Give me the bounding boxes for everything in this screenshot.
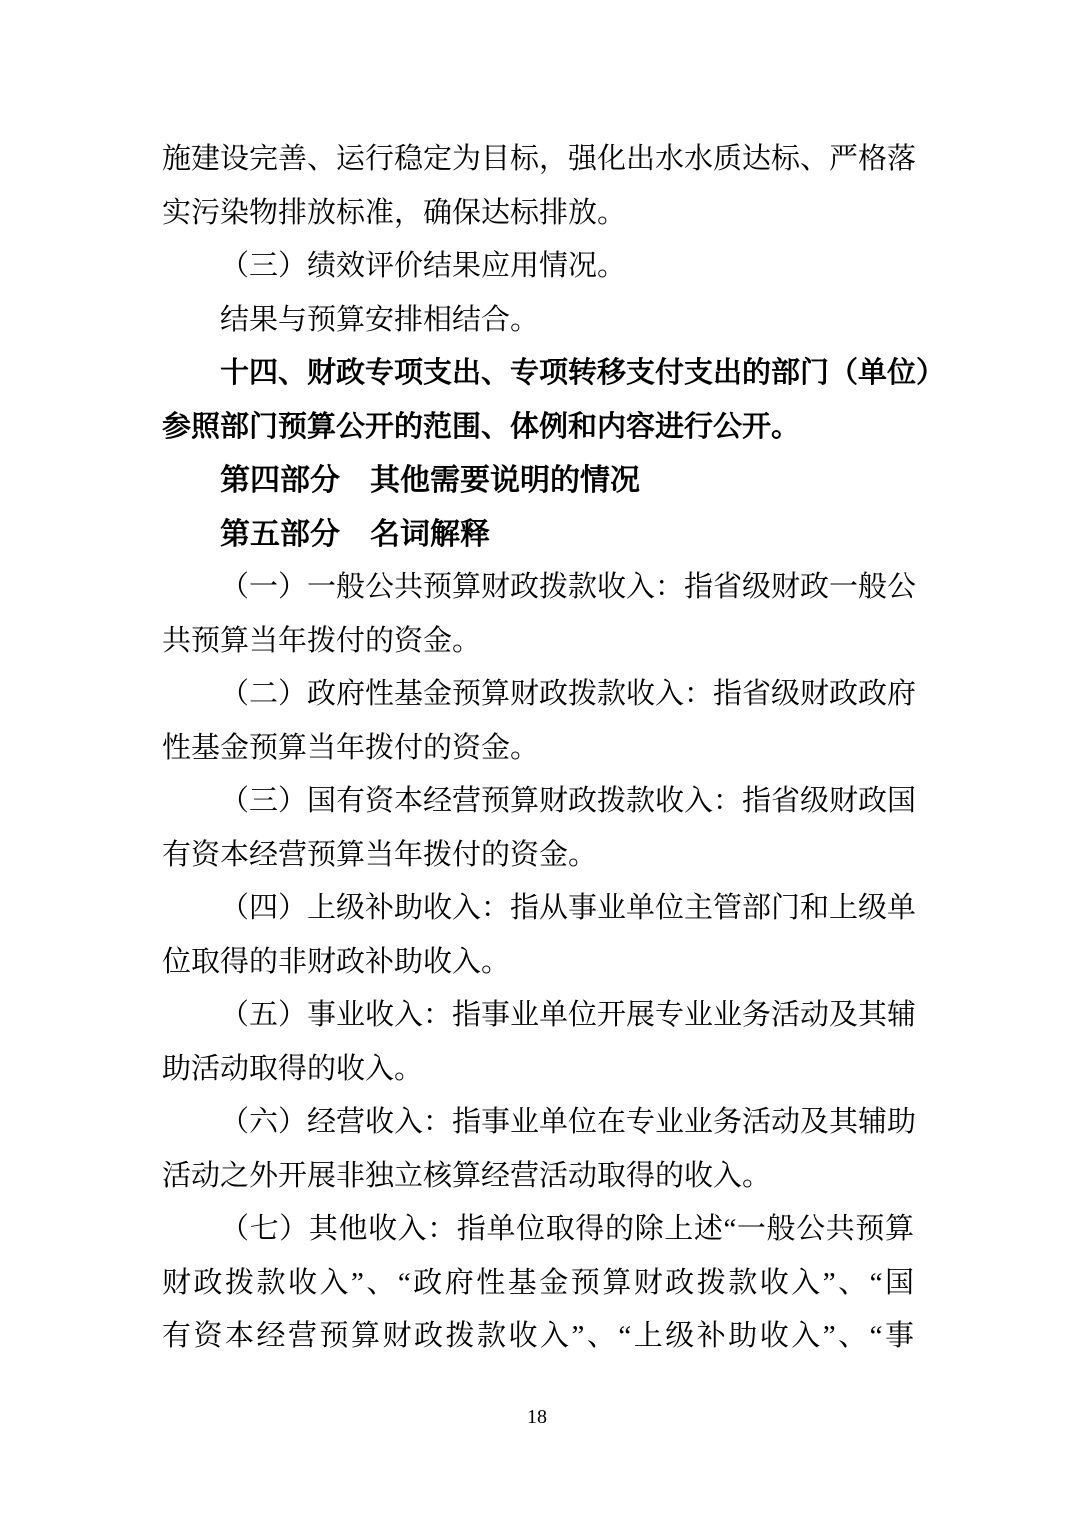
text-line: （七）其他收入：指单位取得的除上述“一般公共预算 (162, 1203, 914, 1257)
text-line: 参照部门预算公开的范围、体例和内容进行公开。 (162, 401, 914, 455)
text-line: （五）事业收入：指事业单位开展专业业务活动及其辅 (162, 989, 914, 1043)
text-line: 有资本经营预算当年拨付的资金。 (162, 829, 914, 883)
text-line: 十四、财政专项支出、专项转移支付支出的部门（单位） (162, 347, 914, 401)
document-page: 施建设完善、运行稳定为目标，强化出水水质达标、严格落实污染物排放标准，确保达标排… (0, 0, 1074, 1520)
text-line: 财政拨款收入”、“政府性基金预算财政拨款收入”、“国 (162, 1257, 914, 1311)
text-line: 有资本经营预算财政拨款收入”、“上级补助收入”、“事 (162, 1310, 914, 1364)
text-line: 结果与预算安排相结合。 (162, 294, 914, 348)
text-line: 施建设完善、运行稳定为目标，强化出水水质达标、严格落 (162, 133, 914, 187)
text-block: 施建设完善、运行稳定为目标，强化出水水质达标、严格落实污染物排放标准，确保达标排… (162, 133, 914, 1364)
text-line: 共预算当年拨付的资金。 (162, 615, 914, 669)
text-line: （二）政府性基金预算财政拨款收入：指省级财政政府 (162, 668, 914, 722)
text-line: （三）国有资本经营预算财政拨款收入：指省级财政国 (162, 775, 914, 829)
text-line: 位取得的非财政补助收入。 (162, 936, 914, 990)
text-line: 第四部分 其他需要说明的情况 (162, 454, 914, 508)
text-line: （一）一般公共预算财政拨款收入：指省级财政一般公 (162, 561, 914, 615)
text-line: 助活动取得的收入。 (162, 1043, 914, 1097)
text-line: （六）经营收入：指事业单位在专业业务活动及其辅助 (162, 1096, 914, 1150)
text-line: （四）上级补助收入：指从事业单位主管部门和上级单 (162, 882, 914, 936)
text-line: 实污染物排放标准，确保达标排放。 (162, 187, 914, 241)
text-line: 第五部分 名词解释 (162, 508, 914, 562)
text-line: 性基金预算当年拨付的资金。 (162, 722, 914, 776)
text-line: （三）绩效评价结果应用情况。 (162, 240, 914, 294)
text-line: 活动之外开展非独立核算经营活动取得的收入。 (162, 1150, 914, 1204)
page-number: 18 (0, 1402, 1074, 1432)
